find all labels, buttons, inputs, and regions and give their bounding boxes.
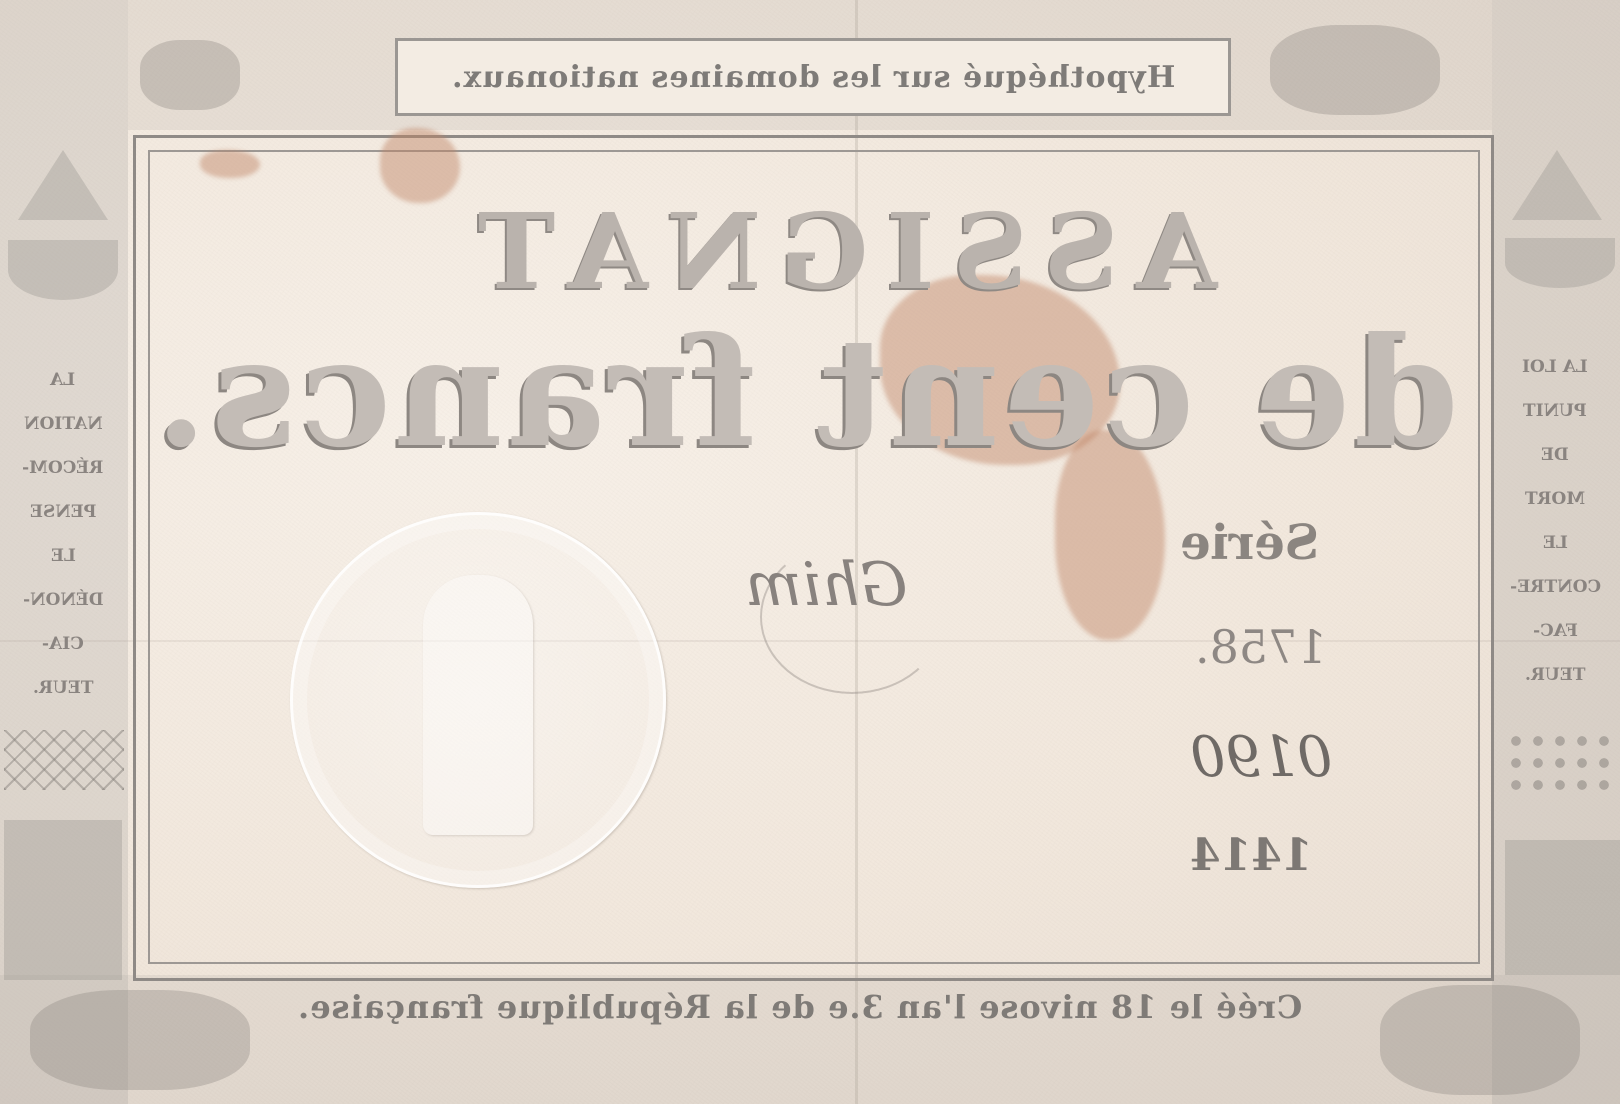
seal-figure-icon [423,575,533,835]
embossed-seal-icon [290,512,666,888]
right-side-inscription: LA LOI PUNIT DE MORT LE CONTRE- FAC- TEU… [1500,345,1610,697]
left-garland-ornament-icon [8,240,118,300]
right-rosette-ornament-icon [1505,730,1620,790]
top-right-allegory-icon [1270,25,1440,115]
left-lattice-ornament-icon [4,730,124,790]
left-column-base-icon [4,820,122,980]
right-garland-ornament-icon [1505,238,1615,288]
creation-date-text: Créé le 18 nivose l'an 3.e de la Républi… [250,988,1350,1026]
handwritten-number: 0190 [1190,725,1333,790]
stain-top-left [200,150,260,178]
serial-number: 1414 [1190,830,1312,881]
assignat-banknote: Hypothéqué sur les domaines nationaux. A… [0,0,1620,1104]
stain-top [380,128,460,203]
serie-label: Série [1180,515,1319,571]
left-side-inscription: LA NATION RÉCOM- PENSE LE DÉNON- CIA- TE… [8,358,118,710]
denomination-title: de cent francs. [150,305,1460,481]
top-banner: Hypothéqué sur les domaines nationaux. [395,38,1231,116]
bottom-right-allegory-icon [1380,985,1580,1095]
right-column-base-icon [1505,840,1620,975]
serie-number: 1758. [1195,620,1327,674]
bottom-left-allegory-icon [30,990,250,1090]
top-left-allegory-icon [140,40,240,110]
top-banner-text: Hypothéqué sur les domaines nationaux. [451,60,1175,95]
assignat-title: ASSIGNAT [460,190,1180,313]
signature: Ghim [745,550,908,620]
